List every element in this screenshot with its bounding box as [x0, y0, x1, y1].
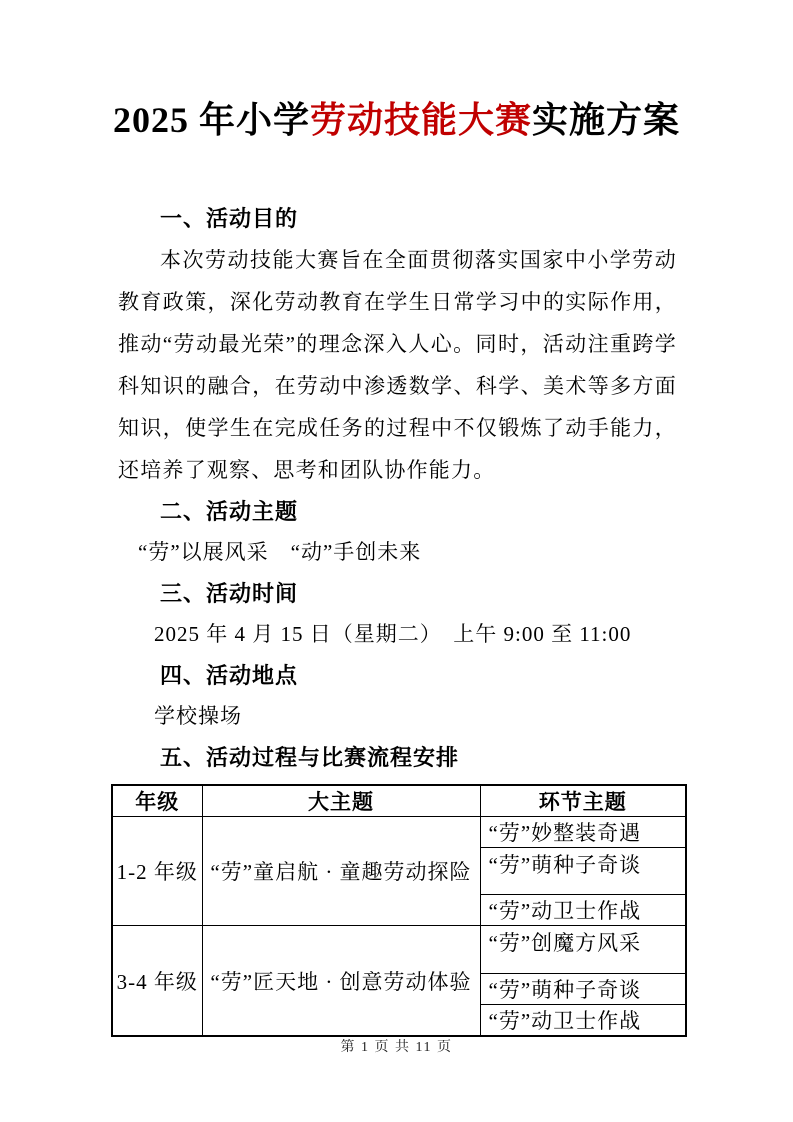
stage-cell: “劳”萌种子奇谈 [480, 974, 686, 1005]
section-heading-schedule: 五、活动过程与比赛流程安排 [118, 737, 677, 778]
document-body: 一、活动目的 本次劳动技能大赛旨在全面贯彻落实国家中小学劳动教育政策，深化劳动教… [0, 198, 793, 1037]
section-heading-time: 三、活动时间 [118, 573, 677, 614]
grade-cell-3-4: 3-4 年级 [112, 926, 202, 1037]
col-header-stage-theme: 环节主题 [480, 785, 686, 817]
document-page: 2025 年小学劳动技能大赛实施方案 一、活动目的 本次劳动技能大赛旨在全面贯彻… [0, 0, 793, 1122]
stage-cell: “劳”妙整装奇遇 [480, 817, 686, 848]
stage-cell: “劳”萌种子奇谈 [480, 848, 686, 895]
activity-time-text: 2025 年 4 月 15 日（星期二） 上午 9:00 至 11:00 [118, 614, 677, 655]
page-number-footer: 第 1 页 共 11 页 [0, 1036, 793, 1056]
table-header-row: 年级 大主题 环节主题 [112, 785, 686, 817]
schedule-table: 年级 大主题 环节主题 1-2 年级 “劳”童启航 · 童趣劳动探险 “劳”妙整… [111, 784, 687, 1037]
section-heading-theme: 二、活动主题 [118, 491, 677, 532]
title-highlight: 劳动技能大赛 [310, 100, 532, 140]
doc-title: 2025 年小学劳动技能大赛实施方案 [0, 96, 793, 144]
stage-cell: “劳”动卫士作战 [480, 1005, 686, 1037]
section-heading-location: 四、活动地点 [118, 655, 677, 696]
doc-title-prefix: 2025 年小学 [113, 100, 310, 140]
col-header-main-theme: 大主题 [202, 785, 480, 817]
stage-cell: “劳”创魔方风采 [480, 926, 686, 974]
doc-title-suffix: 实施方案 [532, 100, 680, 140]
main-theme-cell-3-4: “劳”匠天地 · 创意劳动体验 [202, 926, 480, 1037]
activity-location-text: 学校操场 [118, 696, 677, 737]
activity-theme-text: “劳”以展风采 “动”手创未来 [118, 532, 677, 573]
main-theme-cell-1-2: “劳”童启航 · 童趣劳动探险 [202, 817, 480, 926]
col-header-grade: 年级 [112, 785, 202, 817]
table-row: 1-2 年级 “劳”童启航 · 童趣劳动探险 “劳”妙整装奇遇 [112, 817, 686, 848]
stage-cell: “劳”动卫士作战 [480, 895, 686, 926]
table-row: 3-4 年级 “劳”匠天地 · 创意劳动体验 “劳”创魔方风采 [112, 926, 686, 974]
section-heading-purpose: 一、活动目的 [118, 198, 677, 239]
purpose-paragraph: 本次劳动技能大赛旨在全面贯彻落实国家中小学劳动教育政策，深化劳动教育在学生日常学… [118, 239, 677, 491]
grade-cell-1-2: 1-2 年级 [112, 817, 202, 926]
